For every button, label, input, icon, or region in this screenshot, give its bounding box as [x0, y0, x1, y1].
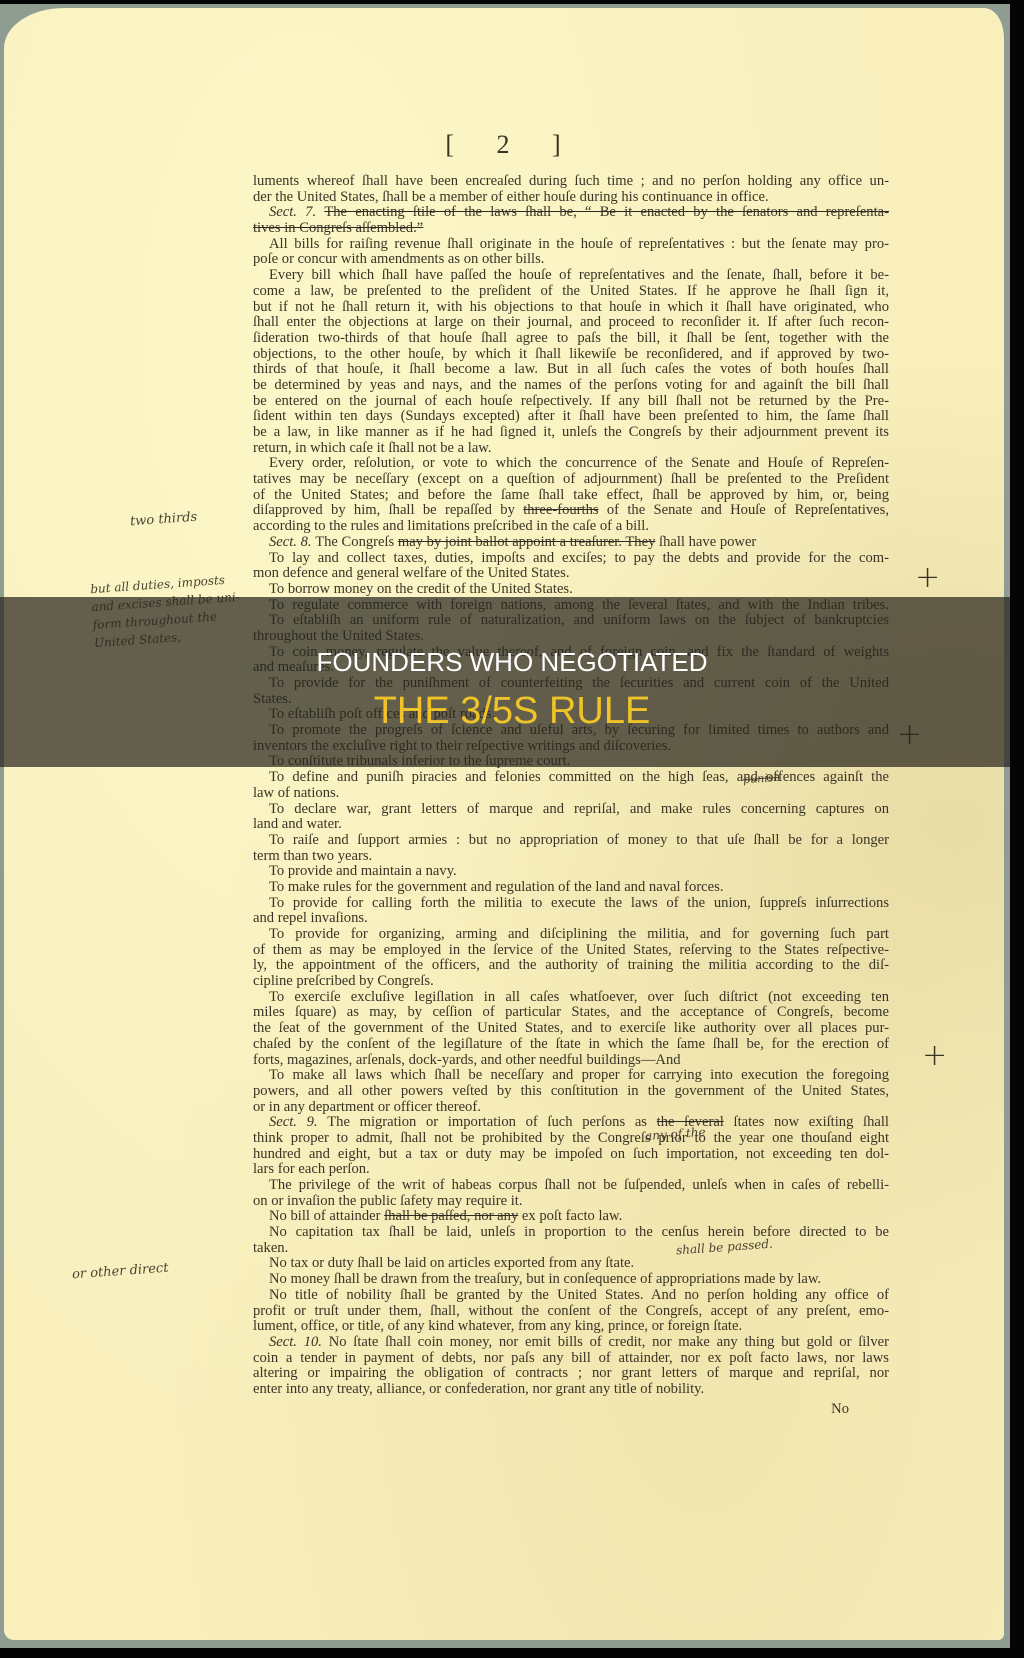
text-line: objections, to the other houſe, by which… [253, 347, 889, 363]
text-line: poſe or concur with amendments as on oth… [253, 252, 889, 268]
struck-text: may by joint ballot appoint a treaſurer.… [398, 534, 656, 550]
text-line: ly, the appointment of the officers, and… [253, 958, 889, 974]
title-line-1: FOUNDERS WHO NEGOTIATED [0, 647, 1024, 678]
text-line: on or invaſion the public ſafety may req… [253, 1194, 889, 1210]
text-line: Every order, reſolution, or vote to whic… [253, 456, 889, 472]
text-line: ſideration two-thirds of that houſe ſhal… [253, 331, 889, 347]
text-line: be a law, in like manner as if he had ſi… [253, 425, 889, 441]
text-line: profit or truſt under them, ſhall, witho… [253, 1304, 889, 1320]
margin-cross-mark: + [915, 560, 940, 595]
text-line: according to the rules and limitations p… [253, 519, 889, 535]
struck-text: ſhall be paſſed, nor any [384, 1208, 518, 1224]
text-line: ſhall enter the objections at large on t… [253, 315, 889, 331]
text-line: To declare war, grant letters of marque … [253, 802, 889, 818]
section-label: Sect. 7. [269, 204, 324, 220]
text-line: term than two years. [253, 849, 889, 865]
text-line: coin a tender in payment of debts, nor p… [253, 1351, 889, 1367]
text-line: the ſeat of the government of the United… [253, 1021, 889, 1037]
text-line: tives in Congreſs aſſembled.” [253, 221, 889, 237]
text-line: No tax or duty ſhall be laid on articles… [253, 1256, 889, 1272]
text-line: altering or impairing the obligation of … [253, 1366, 889, 1382]
page-number: [ 2 ] [0, 130, 1024, 160]
text-line: To exerciſe excluſive legiſlation in all… [253, 990, 889, 1006]
text-line: der the United States, ſhall be a member… [253, 190, 889, 206]
text-line: of the United States; and before the ſam… [253, 488, 889, 504]
text-line: To raiſe and ſupport armies : but no app… [253, 833, 889, 849]
text-line: No capitation tax ſhall be laid, unleſs … [253, 1225, 889, 1241]
text-line: law of nations. [253, 786, 889, 802]
title-line-2: THE 3/5S RULE [0, 690, 1024, 733]
struck-text: three-fourths [523, 502, 598, 518]
text-line: but if not he ſhall return it, with his … [253, 300, 889, 316]
document-body: luments whereof ſhall have been encreaſe… [253, 174, 889, 1417]
text-line: enter into any treaty, alliance, or conf… [253, 1382, 889, 1398]
struck-margin-note: punish [743, 771, 781, 787]
text-line: land and water. [253, 817, 889, 833]
text-line: Sect. 10. No ſtate ſhall coin money, nor… [253, 1335, 889, 1351]
text-line: Every bill which ſhall have paſſed the h… [253, 268, 889, 284]
struck-text: The enacting ſtile of the laws ſhall be,… [324, 204, 889, 220]
text-line: hundred and eight, but a tax or duty may… [253, 1147, 889, 1163]
text-line: To borrow money on the credit of the Uni… [253, 582, 889, 598]
text-line: return, in which caſe it ſhall not be a … [253, 441, 889, 457]
text-line: To define and puniſh piracies and feloni… [253, 770, 889, 786]
text-line: lars for each perſon. [253, 1162, 889, 1178]
text-line: To provide for organizing, arming and di… [253, 927, 889, 943]
text-line: be determined by yeas and nays, and the … [253, 378, 889, 394]
text-line: Sect. 8. The Congreſs may by joint ballo… [253, 535, 889, 551]
text-line: To make rules for the government and reg… [253, 880, 889, 896]
text-line: Sect. 9. The migration or importation of… [253, 1115, 889, 1131]
text-line: think proper to admit, ſhall not be proh… [253, 1131, 889, 1147]
text-line: Sect. 7. The enacting ſtile of the laws … [253, 205, 889, 221]
text-line: To provide for calling forth the militia… [253, 896, 889, 912]
section-label: Sect. 9. [269, 1114, 327, 1130]
text-line: To provide and maintain a navy. [253, 864, 889, 880]
text-line: of them as may be employed in the ſervic… [253, 943, 889, 959]
text-line: luments whereof ſhall have been encreaſe… [253, 174, 889, 190]
text-line: thirds of that houſe, it ſhall become a … [253, 362, 889, 378]
text-line: To make all laws which ſhall be neceſſar… [253, 1068, 889, 1084]
text-line: forts, magazines, arſenals, dock-yards, … [253, 1053, 889, 1069]
catchword: No [253, 1402, 889, 1418]
struck-text: tives in Congreſs aſſembled.” [253, 220, 423, 236]
text-line: All bills for raiſing revenue ſhall orig… [253, 237, 889, 253]
text-line: tatives may be neceſſary (except on a qu… [253, 472, 889, 488]
text-line: lument, office, or title, of any kind wh… [253, 1319, 889, 1335]
text-line: ſident within ten days (Sundays excepted… [253, 409, 889, 425]
text-line: powers, and all other powers veſted by t… [253, 1084, 889, 1100]
text-line: diſapproved by him, ſhall be repaſſed by… [253, 503, 889, 519]
text-line: To lay and collect taxes, duties, impoſt… [253, 551, 889, 567]
text-line: taken. [253, 1241, 889, 1257]
text-line: No money ſhall be drawn from the treaſur… [253, 1272, 889, 1288]
text-line: or in any department or officer thereof. [253, 1100, 889, 1116]
text-line: cipline preſcribed by Congreſs. [253, 974, 889, 990]
text-line: mon defence and general welfare of the U… [253, 566, 889, 582]
section-label: Sect. 8. [269, 534, 315, 550]
text-line: No title of nobility ſhall be granted by… [253, 1288, 889, 1304]
text-line: chaſed by the conſent of the legiſlature… [253, 1037, 889, 1053]
text-line: be entered on the journal of each houſe … [253, 394, 889, 410]
text-line: No bill of attainder ſhall be paſſed, no… [253, 1209, 889, 1225]
text-line: The privilege of the writ of habeas corp… [253, 1178, 889, 1194]
text-line: miles ſquare) as may, by ceſſion of part… [253, 1005, 889, 1021]
text-line: come a law, be preſented to the preſiden… [253, 284, 889, 300]
margin-cross-mark: + [922, 1038, 947, 1073]
section-label: Sect. 10. [269, 1334, 329, 1350]
text-line: and repel invaſions. [253, 911, 889, 927]
title-overlay-band [0, 597, 1010, 767]
